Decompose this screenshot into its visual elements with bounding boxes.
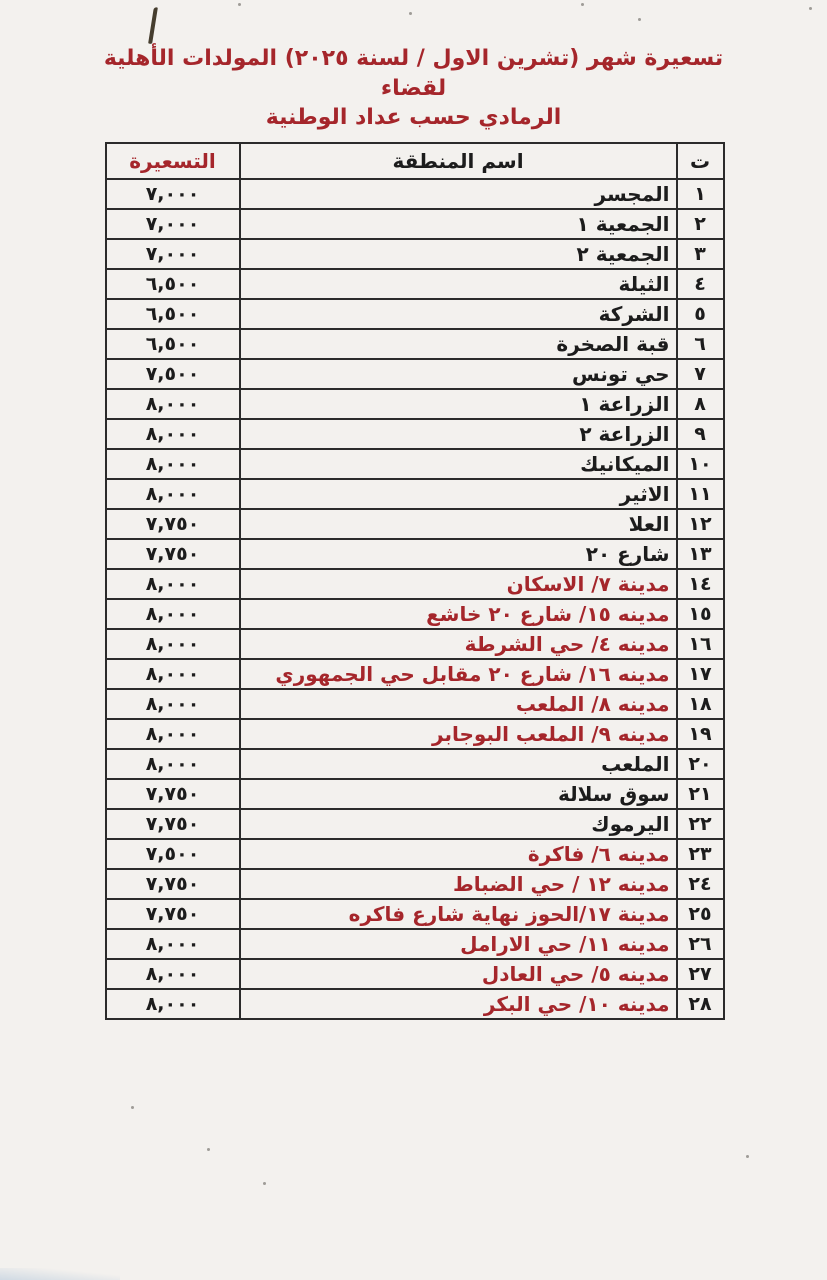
- row-serial-number: ٦: [677, 329, 724, 359]
- row-area-name: الجمعية ١: [240, 209, 677, 239]
- row-area-name: مدينه ٤/ حي الشرطة: [240, 629, 677, 659]
- table-row: ١٥مدينه ١٥/ شارع ٢٠ خاشع٨,٠٠٠: [106, 599, 724, 629]
- row-area-name: الجمعية ٢: [240, 239, 677, 269]
- table-row: ٢٠الملعب٨,٠٠٠: [106, 749, 724, 779]
- scan-speck: [207, 1148, 210, 1151]
- table-body: ١المجسر٧,٠٠٠٢الجمعية ١٧,٠٠٠٣الجمعية ٢٧,٠…: [106, 179, 724, 1019]
- scan-speck: [263, 1182, 266, 1185]
- scan-speck: [809, 7, 812, 10]
- row-area-name: الملعب: [240, 749, 677, 779]
- row-serial-number: ١١: [677, 479, 724, 509]
- header-price: التسعيرة: [106, 143, 240, 179]
- row-area-name: قبة الصخرة: [240, 329, 677, 359]
- row-tariff-price: ٧,٧٥٠: [106, 899, 240, 929]
- table-row: ٢٦مدينه ١١/ حي الارامل٨,٠٠٠: [106, 929, 724, 959]
- table-row: ١٢العلا٧,٧٥٠: [106, 509, 724, 539]
- table-row: ١٩مدينه ٩/ الملعب البوجابر٨,٠٠٠: [106, 719, 724, 749]
- row-tariff-price: ٧,٧٥٠: [106, 539, 240, 569]
- row-serial-number: ٢٦: [677, 929, 724, 959]
- row-tariff-price: ٨,٠٠٠: [106, 689, 240, 719]
- row-tariff-price: ٨,٠٠٠: [106, 929, 240, 959]
- row-area-name: مدينه ١٢ / حي الضباط: [240, 869, 677, 899]
- table-row: ١٨مدينه ٨/ الملعب٨,٠٠٠: [106, 689, 724, 719]
- row-area-name: مدينة ٧/ الاسكان: [240, 569, 677, 599]
- row-area-name: مدينه ١٥/ شارع ٢٠ خاشع: [240, 599, 677, 629]
- row-area-name: الشركة: [240, 299, 677, 329]
- row-area-name: شارع ٢٠: [240, 539, 677, 569]
- table-row: ٧حي تونس٧,٥٠٠: [106, 359, 724, 389]
- scan-speck: [581, 3, 584, 6]
- table-row: ٢٢اليرموك٧,٧٥٠: [106, 809, 724, 839]
- row-tariff-price: ٦,٥٠٠: [106, 299, 240, 329]
- row-area-name: الثيلة: [240, 269, 677, 299]
- row-serial-number: ١٠: [677, 449, 724, 479]
- table-row: ٥الشركة٦,٥٠٠: [106, 299, 724, 329]
- scanned-document-page: تسعيرة شهر (تشرين الاول / لسنة ٢٠٢٥) الم…: [0, 0, 827, 1280]
- row-serial-number: ٢٨: [677, 989, 724, 1019]
- scan-speck: [131, 1106, 134, 1109]
- row-serial-number: ٨: [677, 389, 724, 419]
- row-tariff-price: ٦,٥٠٠: [106, 329, 240, 359]
- table-row: ٢الجمعية ١٧,٠٠٠: [106, 209, 724, 239]
- row-tariff-price: ٨,٠٠٠: [106, 659, 240, 689]
- row-area-name: مدينه ١٠/ حي البكر: [240, 989, 677, 1019]
- row-serial-number: ١٣: [677, 539, 724, 569]
- row-area-name: مدينة ١٧/الحوز نهاية شارع فاكره: [240, 899, 677, 929]
- table-row: ٤الثيلة٦,٥٠٠: [106, 269, 724, 299]
- table-row: ١٧مدينه ١٦/ شارع ٢٠ مقابل حي الجمهوري٨,٠…: [106, 659, 724, 689]
- row-area-name: العلا: [240, 509, 677, 539]
- row-tariff-price: ٨,٠٠٠: [106, 389, 240, 419]
- row-area-name: مدينه ١٦/ شارع ٢٠ مقابل حي الجمهوري: [240, 659, 677, 689]
- row-serial-number: ١٨: [677, 689, 724, 719]
- row-serial-number: ٩: [677, 419, 724, 449]
- table-row: ١٣شارع ٢٠٧,٧٥٠: [106, 539, 724, 569]
- row-serial-number: ١: [677, 179, 724, 209]
- table-row: ١٠الميكانيك٨,٠٠٠: [106, 449, 724, 479]
- row-tariff-price: ٨,٠٠٠: [106, 479, 240, 509]
- table-row: ١٤مدينة ٧/ الاسكان٨,٠٠٠: [106, 569, 724, 599]
- row-serial-number: ١٧: [677, 659, 724, 689]
- scan-speck: [238, 3, 241, 6]
- row-serial-number: ٢٤: [677, 869, 724, 899]
- row-serial-number: ٢١: [677, 779, 724, 809]
- row-area-name: اليرموك: [240, 809, 677, 839]
- row-area-name: مدينه ٦/ فاكرة: [240, 839, 677, 869]
- row-tariff-price: ٨,٠٠٠: [106, 569, 240, 599]
- row-serial-number: ٥: [677, 299, 724, 329]
- document-title: تسعيرة شهر (تشرين الاول / لسنة ٢٠٢٥) الم…: [84, 44, 744, 133]
- table-row: ٢٧مدينه ٥/ حي العادل٨,٠٠٠: [106, 959, 724, 989]
- row-area-name: مدينه ٩/ الملعب البوجابر: [240, 719, 677, 749]
- scan-speck: [638, 18, 641, 21]
- row-tariff-price: ٨,٠٠٠: [106, 989, 240, 1019]
- row-serial-number: ١٩: [677, 719, 724, 749]
- row-tariff-price: ٧,٠٠٠: [106, 239, 240, 269]
- row-serial-number: ٢٣: [677, 839, 724, 869]
- row-tariff-price: ٨,٠٠٠: [106, 599, 240, 629]
- row-area-name: المجسر: [240, 179, 677, 209]
- scan-speck: [409, 12, 412, 15]
- row-tariff-price: ٨,٠٠٠: [106, 629, 240, 659]
- row-serial-number: ٢٧: [677, 959, 724, 989]
- table-row: ١٦مدينه ٤/ حي الشرطة٨,٠٠٠: [106, 629, 724, 659]
- row-tariff-price: ٧,٥٠٠: [106, 359, 240, 389]
- scan-speck: [746, 1155, 749, 1158]
- row-tariff-price: ٧,٧٥٠: [106, 809, 240, 839]
- row-serial-number: ١٥: [677, 599, 724, 629]
- table-row: ١المجسر٧,٠٠٠: [106, 179, 724, 209]
- row-serial-number: ٢٠: [677, 749, 724, 779]
- tariff-table-container: ت اسم المنطقة التسعيرة ١المجسر٧,٠٠٠٢الجم…: [105, 142, 723, 1020]
- row-tariff-price: ٧,٧٥٠: [106, 869, 240, 899]
- row-area-name: الميكانيك: [240, 449, 677, 479]
- table-row: ٢٣مدينه ٦/ فاكرة٧,٥٠٠: [106, 839, 724, 869]
- row-tariff-price: ٧,٧٥٠: [106, 779, 240, 809]
- row-serial-number: ٣: [677, 239, 724, 269]
- table-row: ٢٨مدينه ١٠/ حي البكر٨,٠٠٠: [106, 989, 724, 1019]
- row-area-name: مدينه ١١/ حي الارامل: [240, 929, 677, 959]
- table-row: ٢٤مدينه ١٢ / حي الضباط٧,٧٥٠: [106, 869, 724, 899]
- row-area-name: الاثير: [240, 479, 677, 509]
- row-serial-number: ٢٢: [677, 809, 724, 839]
- pen-stroke-mark: [148, 7, 158, 44]
- table-row: ٦قبة الصخرة٦,٥٠٠: [106, 329, 724, 359]
- tariff-table: ت اسم المنطقة التسعيرة ١المجسر٧,٠٠٠٢الجم…: [105, 142, 725, 1020]
- row-area-name: الزراعة ١: [240, 389, 677, 419]
- table-row: ٩الزراعة ٢٨,٠٠٠: [106, 419, 724, 449]
- row-tariff-price: ٧,٠٠٠: [106, 209, 240, 239]
- table-row: ٣الجمعية ٢٧,٠٠٠: [106, 239, 724, 269]
- row-serial-number: ١٦: [677, 629, 724, 659]
- row-tariff-price: ٧,٧٥٠: [106, 509, 240, 539]
- row-tariff-price: ٨,٠٠٠: [106, 449, 240, 479]
- row-tariff-price: ٨,٠٠٠: [106, 749, 240, 779]
- row-serial-number: ٤: [677, 269, 724, 299]
- row-serial-number: ١٤: [677, 569, 724, 599]
- row-area-name: مدينه ٨/ الملعب: [240, 689, 677, 719]
- row-area-name: مدينه ٥/ حي العادل: [240, 959, 677, 989]
- row-tariff-price: ٧,٥٠٠: [106, 839, 240, 869]
- table-row: ٨الزراعة ١٨,٠٠٠: [106, 389, 724, 419]
- table-header-row: ت اسم المنطقة التسعيرة: [106, 143, 724, 179]
- table-row: ٢١سوق سلالة٧,٧٥٠: [106, 779, 724, 809]
- row-tariff-price: ٨,٠٠٠: [106, 959, 240, 989]
- row-serial-number: ١٢: [677, 509, 724, 539]
- row-tariff-price: ٧,٠٠٠: [106, 179, 240, 209]
- header-area-name: اسم المنطقة: [240, 143, 677, 179]
- table-row: ٢٥مدينة ١٧/الحوز نهاية شارع فاكره٧,٧٥٠: [106, 899, 724, 929]
- row-serial-number: ٧: [677, 359, 724, 389]
- row-tariff-price: ٨,٠٠٠: [106, 719, 240, 749]
- header-serial: ت: [677, 143, 724, 179]
- scan-corner-smudge: [0, 1268, 120, 1280]
- row-area-name: الزراعة ٢: [240, 419, 677, 449]
- row-tariff-price: ٨,٠٠٠: [106, 419, 240, 449]
- row-area-name: حي تونس: [240, 359, 677, 389]
- row-tariff-price: ٦,٥٠٠: [106, 269, 240, 299]
- table-row: ١١الاثير٨,٠٠٠: [106, 479, 724, 509]
- row-area-name: سوق سلالة: [240, 779, 677, 809]
- row-serial-number: ٢: [677, 209, 724, 239]
- row-serial-number: ٢٥: [677, 899, 724, 929]
